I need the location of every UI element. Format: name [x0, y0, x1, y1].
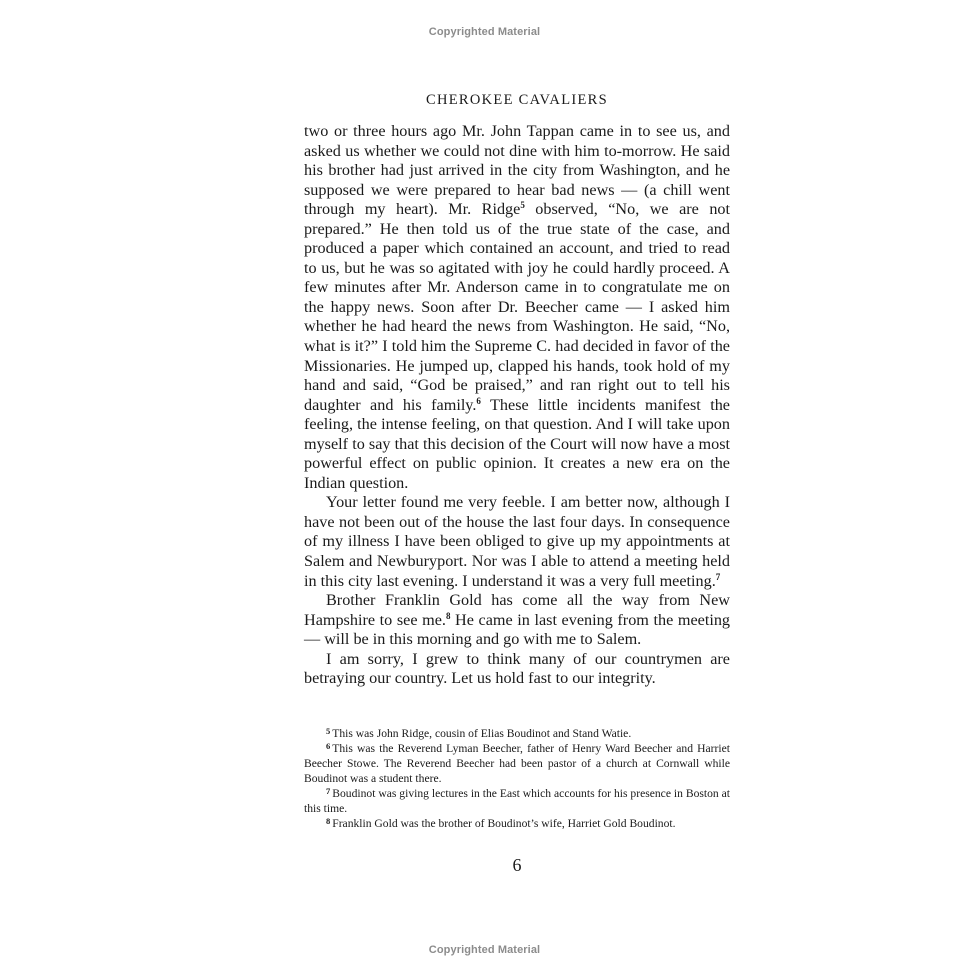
- footnotes: 5This was John Ridge, cousin of Elias Bo…: [304, 726, 730, 831]
- paragraph-3: Brother Franklin Gold has come all the w…: [304, 591, 730, 650]
- footnote-marker: 7: [326, 786, 330, 796]
- footnote-ref-7[interactable]: 7: [716, 572, 721, 582]
- paragraph-text: observed, “No, we are not prepared.” He …: [304, 200, 730, 413]
- footnote-text: Boudinot was giving lectures in the East…: [304, 787, 730, 815]
- footnote-7: 7Boudinot was giving lectures in the Eas…: [304, 786, 730, 816]
- copyright-watermark-top: Copyrighted Material: [0, 26, 969, 38]
- footnote-6: 6This was the Reverend Lyman Beecher, fa…: [304, 741, 730, 786]
- running-head: CHEROKEE CAVALIERS: [304, 92, 730, 109]
- paragraph-2: Your letter found me very feeble. I am b…: [304, 493, 730, 591]
- paragraph-1: two or three hours ago Mr. John Tappan c…: [304, 122, 730, 493]
- body-text: two or three hours ago Mr. John Tappan c…: [304, 122, 730, 689]
- footnote-marker: 5: [326, 726, 330, 736]
- footnote-5: 5This was John Ridge, cousin of Elias Bo…: [304, 726, 730, 741]
- footnote-marker: 6: [326, 741, 330, 751]
- paragraph-text: I am sorry, I grew to think many of our …: [304, 650, 730, 688]
- footnote-marker: 8: [326, 816, 330, 826]
- paragraph-4: I am sorry, I grew to think many of our …: [304, 650, 730, 689]
- footnote-text: Franklin Gold was the brother of Boudino…: [332, 817, 675, 830]
- footnote-8: 8Franklin Gold was the brother of Boudin…: [304, 816, 730, 831]
- copyright-watermark-bottom: Copyrighted Material: [0, 944, 969, 956]
- page-number: 6: [304, 855, 730, 876]
- paragraph-text: Your letter found me very feeble. I am b…: [304, 493, 730, 589]
- footnote-text: This was John Ridge, cousin of Elias Bou…: [332, 727, 631, 740]
- footnote-text: This was the Reverend Lyman Beecher, fat…: [304, 742, 730, 785]
